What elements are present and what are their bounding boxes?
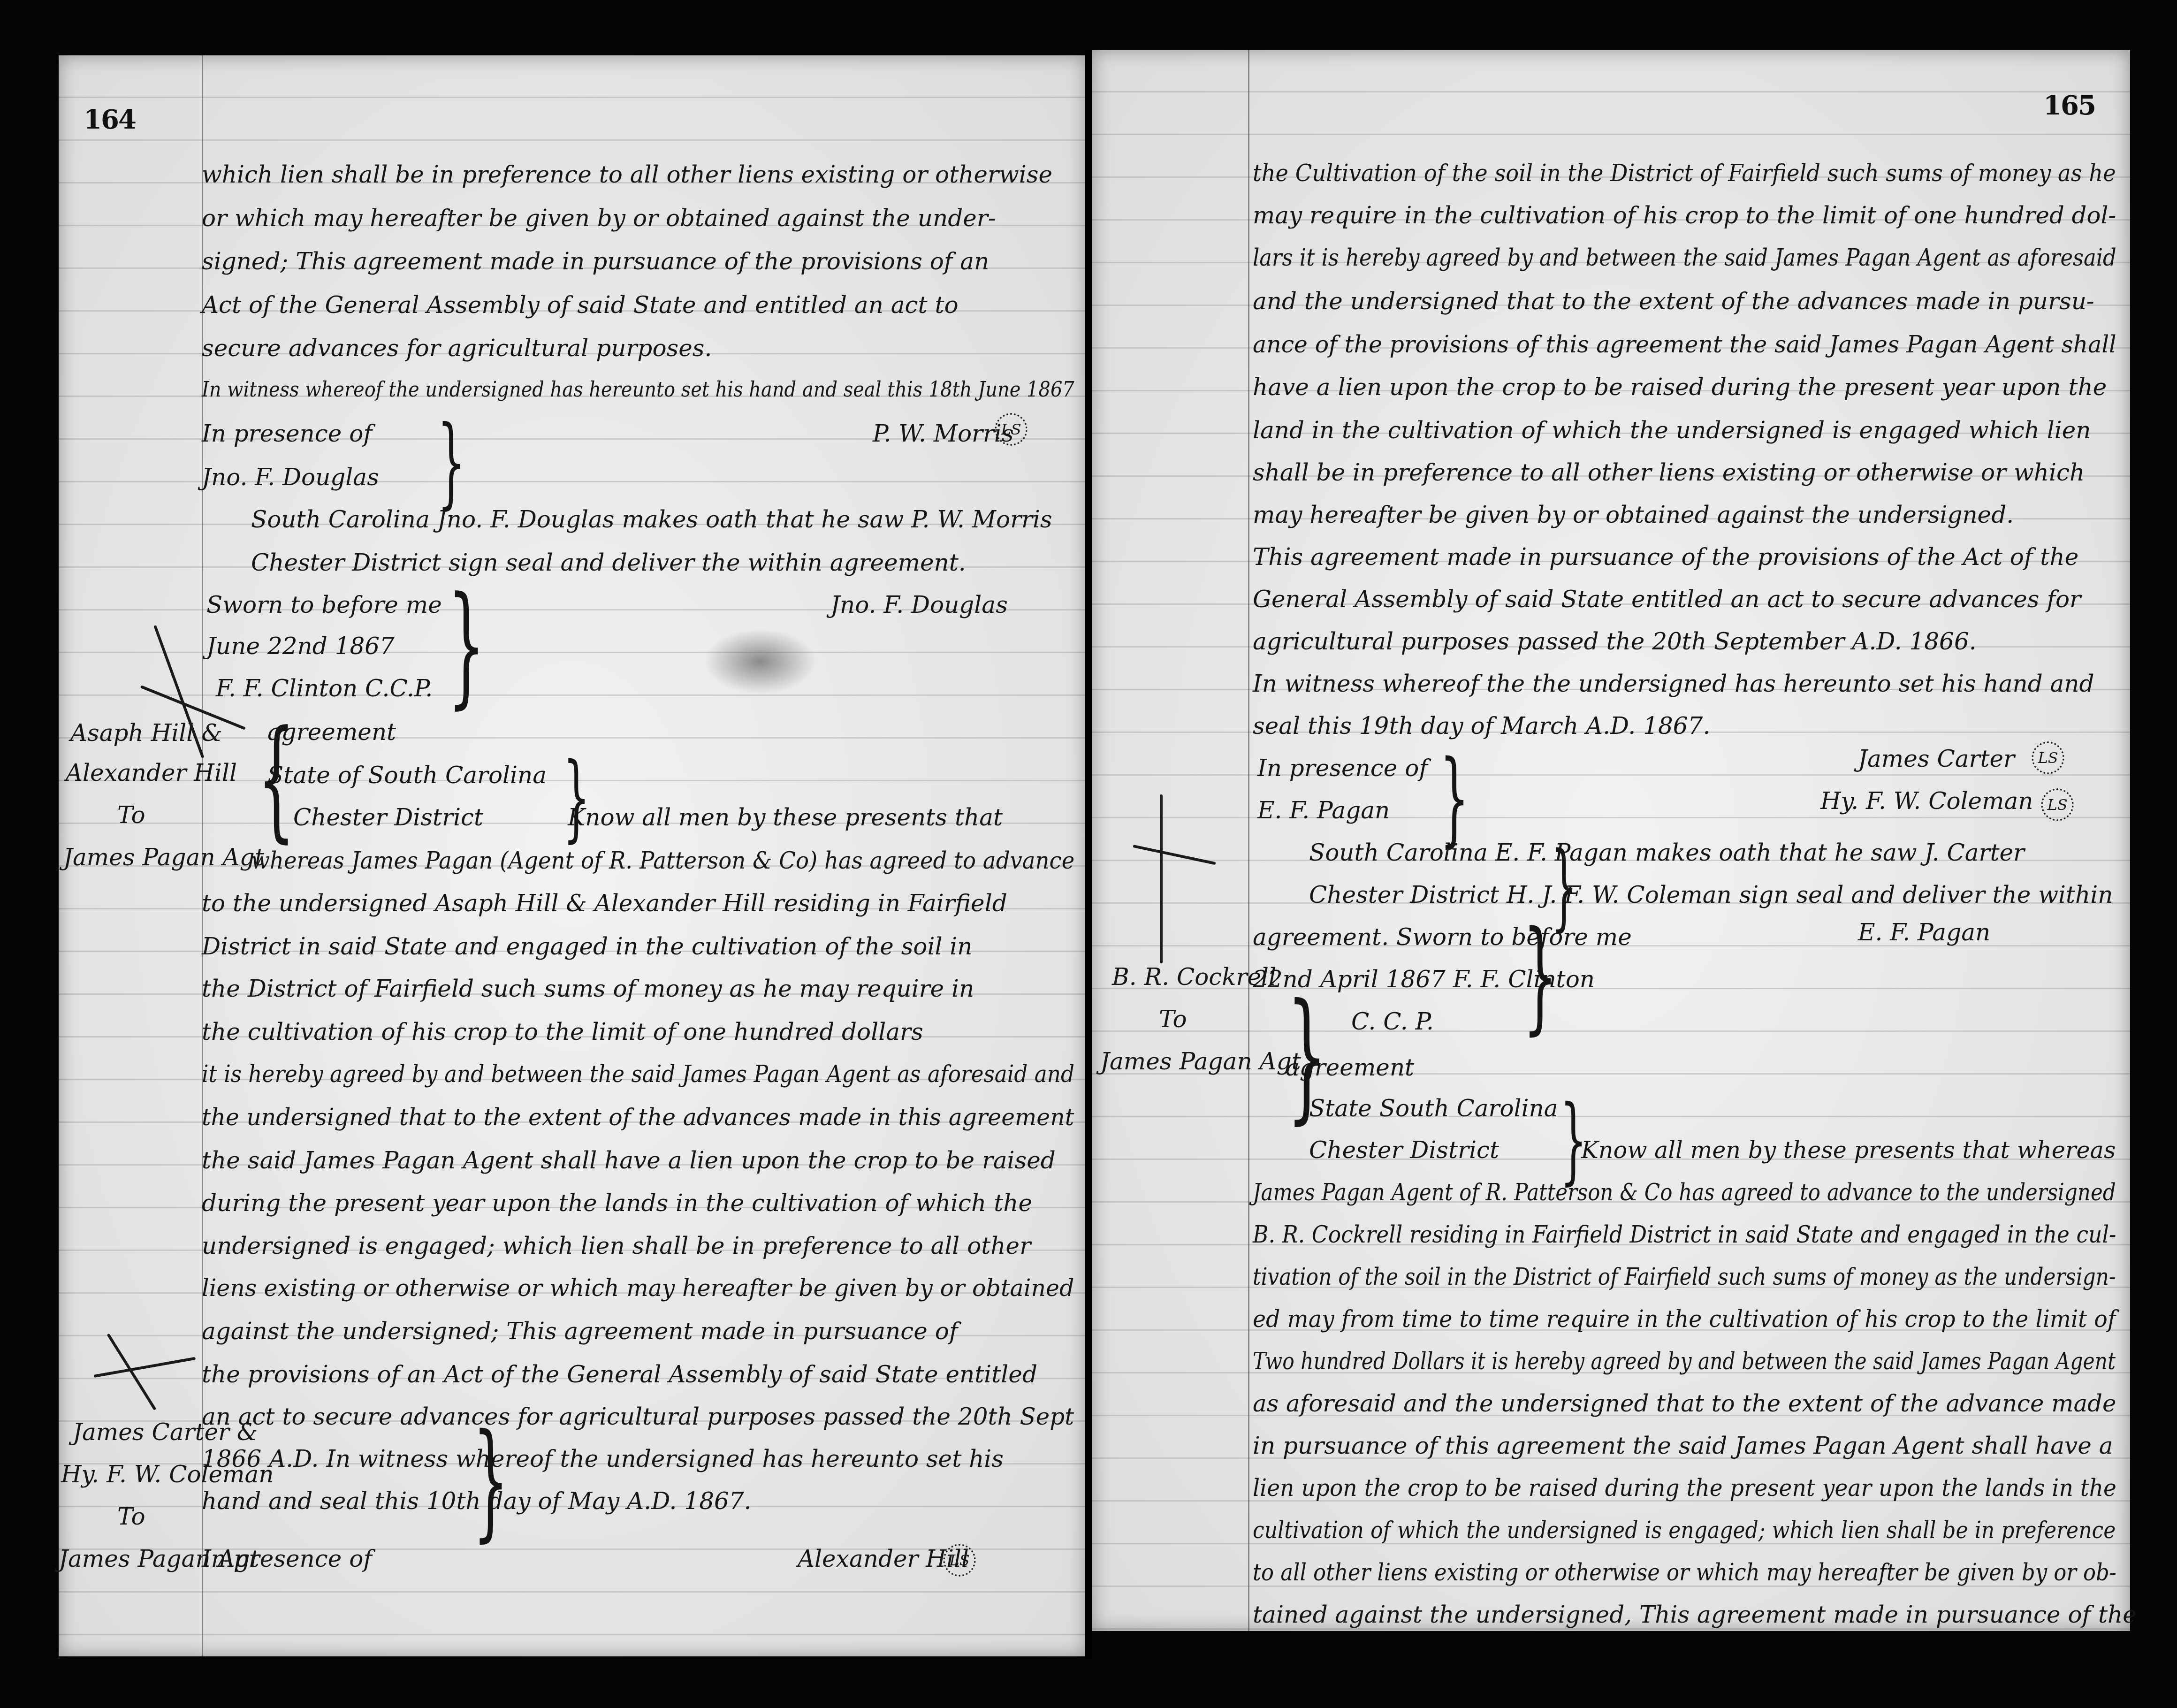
- handwritten-line: against the undersigned; This agreement …: [202, 1319, 958, 1343]
- handwritten-line: In witness whereof the the undersigned h…: [1253, 672, 2094, 695]
- margin-note: To: [1159, 1007, 1187, 1031]
- handwritten-line: Chester District sign seal and deliver t…: [251, 551, 966, 574]
- brace-witness-carter: }: [1439, 746, 1469, 849]
- handwritten-line: Hy. F. W. Coleman: [1820, 789, 2033, 813]
- seal-icon: LS: [2032, 741, 2064, 774]
- brace-witness-morris: }: [437, 413, 465, 511]
- handwritten-line: James Pagan Agent of R. Patterson & Co h…: [1253, 1181, 2116, 1204]
- handwritten-line: Know all men by these presents that wher…: [1581, 1138, 2116, 1162]
- handwritten-line: Know all men by these presents that: [568, 806, 1003, 829]
- left-page-number: 164: [84, 104, 136, 135]
- seal-icon: LS: [943, 1544, 976, 1577]
- brace-state-hill: }: [563, 751, 590, 845]
- margin-note: James Carter &: [73, 1420, 258, 1444]
- handwritten-line: B. R. Cockrell residing in Fairfield Dis…: [1253, 1223, 2116, 1246]
- handwritten-line: agricultural purposes passed the 20th Se…: [1253, 630, 1977, 653]
- handwritten-line: it is hereby agreed by and between the s…: [202, 1062, 1074, 1086]
- margin-note: James Pagan Agt: [1100, 1050, 1301, 1073]
- margin-note: James Pagan Agt: [63, 846, 264, 869]
- ink-stain: [704, 629, 816, 694]
- handwritten-line: Chester District: [293, 806, 483, 829]
- handwritten-line: the Cultivation of the soil in the Distr…: [1253, 161, 2116, 185]
- handwritten-line: Chester District H. J. F. W. Coleman sig…: [1309, 883, 2113, 907]
- handwritten-line: the cultivation of his crop to the limit…: [202, 1020, 923, 1044]
- handwritten-line: liens existing or otherwise or which may…: [202, 1276, 1074, 1300]
- handwritten-line: State of South Carolina: [267, 763, 547, 787]
- handwritten-line: the provisions of an Act of the General …: [202, 1363, 1037, 1386]
- handwritten-line: This agreement made in pursuance of the …: [1253, 545, 2078, 569]
- right-page-margin-rule: [1248, 50, 1249, 1631]
- handwritten-line: the undersigned that to the extent of th…: [202, 1106, 1074, 1129]
- handwritten-line: Jno. F. Douglas: [202, 465, 379, 489]
- handwritten-line: Two hundred Dollars it is hereby agreed …: [1253, 1350, 2116, 1373]
- brace-sworn-carter: }: [1522, 915, 1557, 1037]
- handwritten-line: tained against the undersigned, This agr…: [1253, 1603, 2137, 1626]
- handwritten-line: ed may from time to time require in the …: [1253, 1307, 2116, 1331]
- handwritten-line: to all other liens existing or otherwise…: [1253, 1561, 2116, 1584]
- book-gutter: [1085, 50, 1092, 1659]
- brace-sworn-hill: }: [472, 1417, 509, 1544]
- handwritten-line: shall be in preference to all other lien…: [1253, 461, 2085, 484]
- seal-icon: LS: [995, 413, 1028, 446]
- margin-note: James Pagan Agt: [59, 1547, 259, 1571]
- handwritten-line: E. F. Pagan: [1257, 799, 1390, 822]
- handwritten-line: P. W. Morris: [873, 422, 1014, 445]
- margin-note: B. R. Cockrell: [1112, 965, 1276, 989]
- handwritten-line: E. F. Pagan: [1858, 921, 1990, 944]
- handwritten-line: land in the cultivation of which the und…: [1253, 419, 2091, 442]
- handwritten-line: secure advances for agricultural purpose…: [202, 336, 712, 360]
- handwritten-line: have a lien upon the crop to be raised d…: [1253, 375, 2107, 399]
- margin-note: To: [117, 803, 145, 827]
- handwritten-line: State South Carolina: [1309, 1097, 1558, 1120]
- handwritten-line: South Carolina Jno. F. Douglas makes oat…: [251, 508, 1052, 531]
- handwritten-line: to the undersigned Asaph Hill & Alexande…: [202, 892, 1007, 915]
- handwritten-line: South Carolina E. F. Pagan makes oath th…: [1309, 841, 2025, 864]
- handwritten-line: cultivation of which the undersigned is …: [1253, 1518, 2116, 1542]
- handwritten-line: tivation of the soil in the District of …: [1253, 1265, 2116, 1289]
- handwritten-line: ance of the provisions of this agreement…: [1253, 333, 2116, 356]
- scanned-ledger-spread: 164 165 which lien shall be in preferenc…: [0, 0, 2177, 1708]
- handwritten-line: as aforesaid and the undersigned that to…: [1253, 1392, 2116, 1415]
- handwritten-line: lars it is hereby agreed by and between …: [1253, 246, 2116, 269]
- margin-note: To: [117, 1505, 145, 1528]
- handwritten-line: June 22nd 1867: [206, 634, 395, 658]
- handwritten-line: the District of Fairfield such sums of m…: [202, 977, 974, 1000]
- margin-note: Alexander Hill: [66, 761, 237, 785]
- brace-cockrell-margin: }: [1286, 985, 1327, 1126]
- handwritten-line: may hereafter be given by or obtained ag…: [1253, 503, 2014, 526]
- handwritten-line: or which may hereafter be given by or ob…: [202, 206, 996, 230]
- handwritten-line: James Carter: [1858, 747, 2015, 770]
- brace-state-cockrell: }: [1560, 1093, 1587, 1187]
- handwritten-line: whereas James Pagan (Agent of R. Patters…: [251, 849, 1074, 872]
- handwritten-line: F. F. Clinton C.C.P.: [216, 677, 433, 700]
- handwritten-line: signed; This agreement made in pursuance…: [202, 250, 989, 273]
- brace-sworn-morris: }: [448, 579, 485, 711]
- handwritten-line: lien upon the crop to be raised during t…: [1253, 1476, 2116, 1500]
- handwritten-line: the said James Pagan Agent shall have a …: [202, 1149, 1056, 1172]
- handwritten-line: Sworn to before me: [206, 593, 442, 617]
- handwritten-line: and the undersigned that to the extent o…: [1253, 290, 2094, 313]
- handwritten-line: Jno. F. Douglas: [830, 593, 1008, 617]
- handwritten-line: an act to secure advances for agricultur…: [202, 1405, 1074, 1428]
- handwritten-line: Chester District: [1309, 1138, 1499, 1162]
- handwritten-line: during the present year upon the lands i…: [202, 1191, 1032, 1215]
- handwritten-line: In presence of: [202, 422, 372, 445]
- brace-hill-margin: {: [258, 713, 295, 845]
- handwritten-line: Act of the General Assembly of said Stat…: [202, 293, 959, 317]
- handwritten-line: 1866 A.D. In witness whereof the undersi…: [202, 1447, 1004, 1471]
- handwritten-line: In presence of: [1257, 756, 1428, 780]
- right-page-number: 165: [2043, 90, 2095, 121]
- margin-note: Asaph Hill &: [70, 721, 222, 745]
- handwritten-line: undersigned is engaged; which lien shall…: [202, 1234, 1031, 1258]
- seal-icon: LS: [2041, 788, 2074, 821]
- handwritten-line: in pursuance of this agreement the said …: [1253, 1434, 2113, 1457]
- handwritten-line: seal this 19th day of March A.D. 1867.: [1253, 714, 1710, 738]
- handwritten-line: which lien shall be in preference to all…: [202, 163, 1052, 186]
- handwritten-line: In witness whereof the undersigned has h…: [202, 380, 1074, 400]
- handwritten-line: District in said State and engaged in th…: [202, 935, 973, 958]
- handwritten-line: may require in the cultivation of his cr…: [1253, 204, 2116, 227]
- handwritten-line: General Assembly of said State entitled …: [1253, 587, 2081, 611]
- handwritten-line: C. C. P.: [1351, 1010, 1434, 1033]
- margin-note: Hy. F. W. Coleman: [61, 1463, 274, 1486]
